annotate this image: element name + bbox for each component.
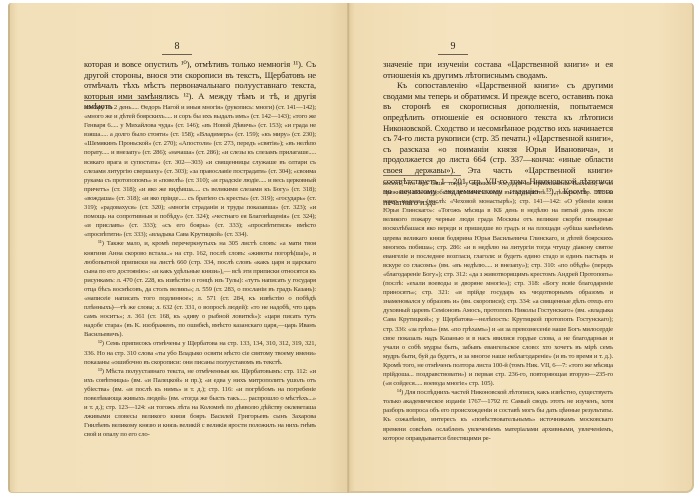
left-footnotes: пожару на 2 день..... Өедоръ Нагой и ины…: [84, 103, 316, 439]
page-number-right: 9: [438, 41, 468, 52]
footnote: ¹²) Семь приписокъ отмѣчены у Щербатова …: [84, 339, 316, 366]
page-number-left: 8: [162, 41, 192, 52]
book-spread: 8 которая и вовсе опустилъ ¹⁰), отмѣтивъ…: [8, 3, 692, 493]
footnote-rule: [383, 175, 461, 176]
page-number-rule: [162, 54, 192, 55]
left-page: 8 которая и вовсе опустилъ ¹⁰), отмѣтивъ…: [8, 3, 349, 493]
right-footnotes: весенъ, что онъ бяше тогда у великого го…: [383, 179, 613, 443]
footnote: ¹¹) Также мало, и, кромѣ перечеркнутыхъ …: [84, 239, 316, 339]
paragraph: значеніе при изученіи состава «Царственн…: [383, 59, 613, 80]
right-page: 9 значеніе при изученіи состава «Царстве…: [349, 3, 694, 493]
footnote: весенъ, что онъ бяше тогда у великого го…: [383, 179, 613, 388]
footnote: ¹⁴) Для послѣднихъ частей Никоновской лѣ…: [383, 388, 613, 443]
footnote-rule: [84, 100, 162, 101]
page-number-rule: [438, 54, 468, 55]
spine-fold: [347, 3, 350, 493]
footnote: пожару на 2 день..... Өедоръ Нагой и ины…: [84, 103, 316, 239]
footnote: ¹³) Мѣста полууставнаго текста, не отмѣч…: [84, 367, 316, 440]
